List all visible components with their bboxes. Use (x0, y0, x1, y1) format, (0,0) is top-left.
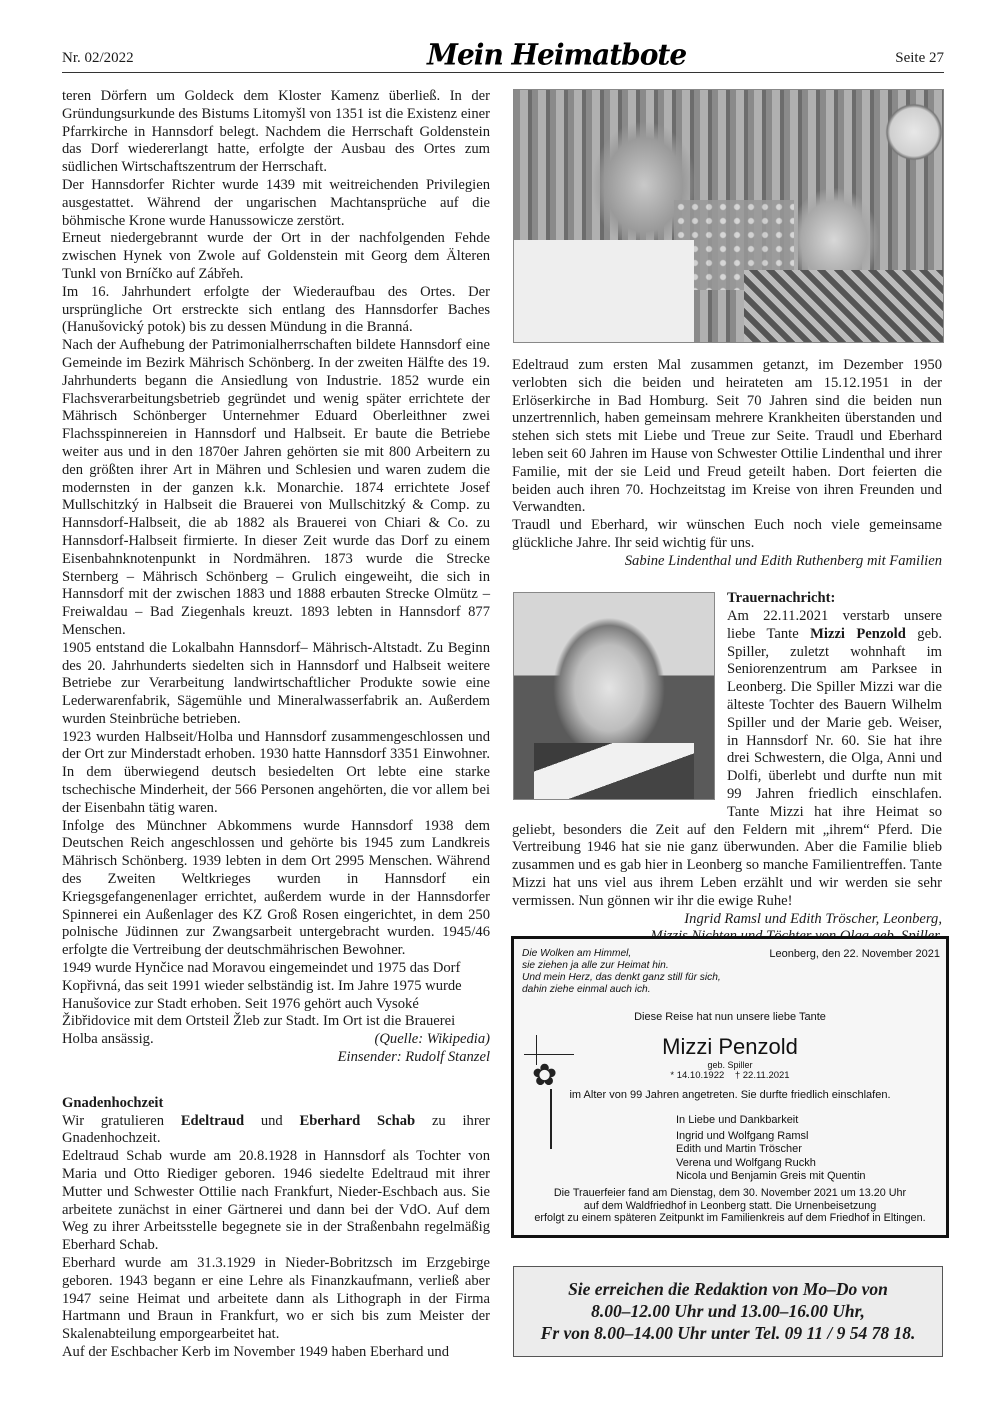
sender-credit: Einsender: Rudolf Stanzel (62, 1049, 490, 1067)
paragraph: Erneut niedergebrannt wurde der Ort in d… (62, 230, 490, 283)
mourners-list: In Liebe und Dankbarkeit Ingrid und Wolf… (676, 1114, 866, 1184)
poem-line: dahin ziehe einmal auch ich. (522, 984, 721, 996)
intro-text: und (244, 1113, 299, 1129)
couple-photo (513, 89, 944, 343)
intro-text: Wir gratulieren (62, 1113, 181, 1129)
paragraph: Eberhard wurde am 31.3.1929 in Nieder-Bo… (62, 1255, 490, 1344)
photo-float-spacer (512, 608, 727, 804)
article-title: Trauernachricht: (727, 590, 942, 608)
funeral-line: Die Trauerfeier fand am Dienstag, dem 30… (514, 1187, 946, 1200)
paragraph: Edeltraud Schab wurde am 20.8.1928 in Ha… (62, 1148, 490, 1255)
life-dates: * 14.10.1922 † 22.11.2021 (514, 1070, 946, 1081)
mourners-heading: In Liebe und Dankbarkeit (676, 1114, 866, 1128)
poem-line: sie ziehen ja alle zur Heimat hin. (522, 960, 721, 972)
trauernachricht-body: Am 22.11.2021 verstarb unsere liebe Tant… (512, 608, 942, 946)
place-date: Leonberg, den 22. November 2021 (769, 948, 940, 960)
paragraph: Der Hannsdorfer Richter wurde 1439 mit w… (62, 177, 490, 230)
name-edeltraud: Edeltraud (181, 1113, 244, 1129)
obituary-notice: Die Wolken am Himmel, sie ziehen ja alle… (511, 936, 949, 1238)
funeral-line: erfolgt zu einem späteren Zeitpunkt im F… (514, 1212, 946, 1225)
paragraph: Traudl und Eberhard, wir wünschen Euch n… (512, 517, 942, 553)
age-line: im Alter von 99 Jahren angetreten. Sie d… (514, 1089, 946, 1101)
signature-line-1: Ingrid Ramsl und Edith Tröscher, Leonber… (512, 911, 942, 929)
poem-line: Die Wolken am Himmel, (522, 948, 721, 960)
paragraph: Edeltraud zum ersten Mal zusammen getanz… (512, 357, 942, 517)
maiden-name: geb. Spiller (514, 1060, 946, 1070)
signature: Sabine Lindenthal und Edith Ruthenberg m… (512, 553, 942, 571)
trauernachricht-article: Trauernachricht: (727, 590, 942, 608)
masthead-logo: Mein Heimatbote (427, 37, 686, 72)
paragraph: Nach der Aufhebung der Patrimonialherrsc… (62, 337, 490, 640)
mourner: Nicola und Benjamin Greis mit Quentin (676, 1170, 866, 1184)
mourner: Verena und Wolfgang Ruckh (676, 1157, 866, 1171)
gnadenhochzeit-continued: Edeltraud zum ersten Mal zusammen getanz… (512, 357, 942, 571)
paragraph: 1905 entstand die Lokalbahn Hannsdorf– M… (62, 640, 490, 729)
history-article: teren Dörfern um Goldeck dem Kloster Kam… (62, 88, 490, 1362)
poem-line: Und mein Herz, das denkt ganz still für … (522, 972, 721, 984)
photo-shirt (514, 240, 694, 343)
contact-line: 8.00–12.00 Uhr und 13.00–16.00 Uhr, (514, 1300, 942, 1322)
funeral-line: auf dem Waldfriedhof in Leonberg statt. … (514, 1200, 946, 1213)
mourner: Edith und Martin Tröscher (676, 1143, 866, 1157)
page-header: Nr. 02/2022 Mein Heimatbote Seite 27 (62, 46, 944, 73)
paragraph: teren Dörfern um Goldeck dem Kloster Kam… (62, 88, 490, 177)
deceased-name: Mizzi Penzold (810, 626, 906, 642)
editorial-contact-box: Sie erreichen die Redaktion von Mo–Do vo… (513, 1266, 943, 1357)
gnadenhochzeit-article: Gnadenhochzeit Wir gratulieren Edeltraud… (62, 1095, 490, 1362)
paragraph: Im 16. Jahrhundert erfolgte der Wiederau… (62, 284, 490, 337)
funeral-info: Die Trauerfeier fand am Dienstag, dem 30… (514, 1187, 946, 1225)
page-number: Seite 27 (895, 50, 944, 67)
contact-line: Sie erreichen die Redaktion von Mo–Do vo… (514, 1278, 942, 1300)
paragraph: 1923 wurden Halbseit/Holba und Hannsdorf… (62, 729, 490, 818)
photo-plaid-jacket (744, 270, 944, 343)
notice-intro: Diese Reise hat nun unsere liebe Tante (514, 1011, 946, 1023)
article-title: Gnadenhochzeit (62, 1095, 490, 1113)
name-eberhard: Eberhard Schab (299, 1113, 415, 1129)
paragraph: Auf der Eschbacher Kerb im November 1949… (62, 1344, 490, 1362)
issue-number: Nr. 02/2022 (62, 50, 134, 67)
deceased-name: Mizzi Penzold (514, 1034, 946, 1060)
intro-paragraph: Wir gratulieren Edeltraud und Eberhard S… (62, 1113, 490, 1149)
paragraph: Infolge des Münchner Abkommens wurde Han… (62, 818, 490, 960)
mourner: Ingrid und Wolfgang Ramsl (676, 1130, 866, 1144)
poem: Die Wolken am Himmel, sie ziehen ja alle… (522, 948, 721, 996)
contact-line: Fr von 8.00–14.00 Uhr unter Tel. 09 11 /… (514, 1322, 942, 1344)
